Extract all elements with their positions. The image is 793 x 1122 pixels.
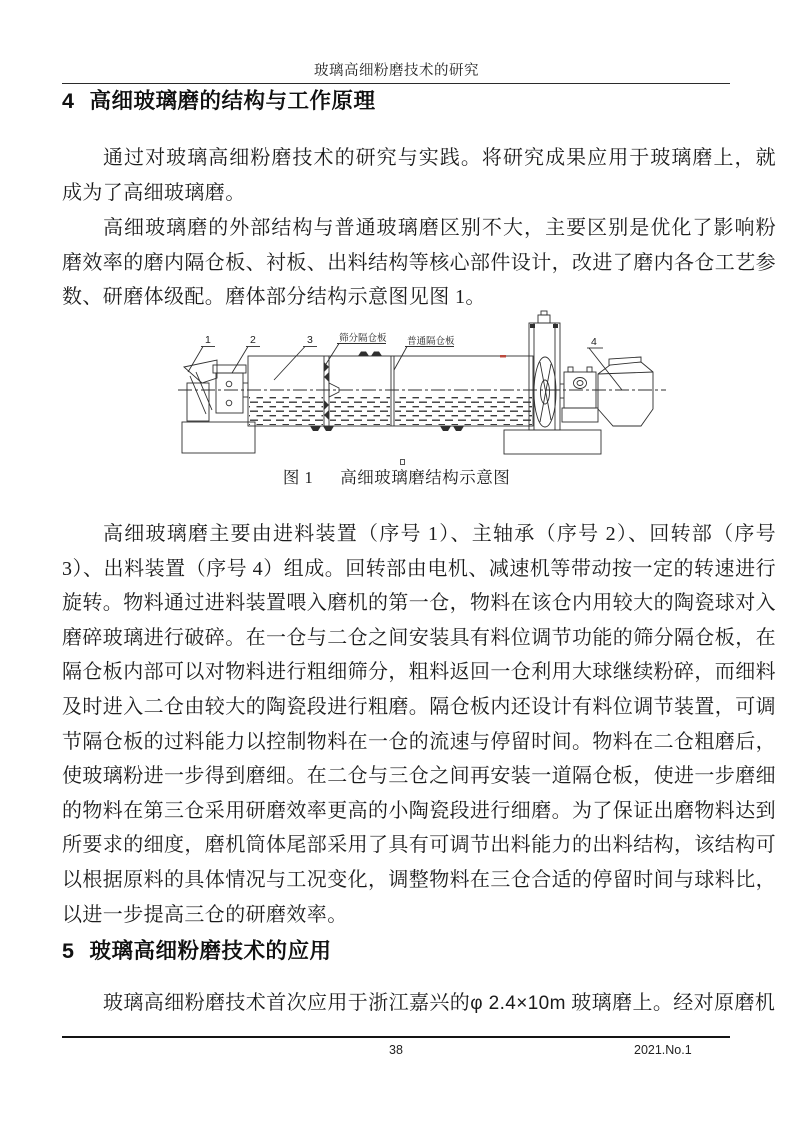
mill-structure-diagram: 1 2 3 4 筛分隔仓板 普通隔仓板 — [172, 310, 672, 460]
document-page: 玻璃高细粉磨技术的研究 4 高细玻璃磨的结构与工作原理 通过对玻璃高细粉磨技术的… — [0, 0, 793, 1122]
outlet-bearing — [560, 367, 598, 422]
section-4-heading: 4 高细玻璃磨的结构与工作原理 — [62, 84, 375, 115]
part-label-4: 4 — [587, 336, 622, 390]
page-number: 38 — [62, 1043, 730, 1057]
figure-caption: 图 1高细玻璃磨结构示意图 — [0, 464, 793, 488]
discharge-end — [529, 311, 560, 430]
section-5-title: 玻璃高细粉磨技术的应用 — [89, 934, 331, 965]
section-4-title: 高细玻璃磨的结构与工作原理 — [89, 84, 375, 115]
footer-rule — [62, 1036, 730, 1038]
svg-text:4: 4 — [591, 336, 597, 348]
ordinary-partition — [391, 356, 394, 426]
paragraph-1: 通过对玻璃高细粉磨技术的研究与实践。将研究成果应用于玻璃磨上，就成为了高细玻璃磨… — [62, 141, 776, 210]
svg-text:3: 3 — [307, 334, 313, 346]
outlet-device — [598, 357, 653, 426]
issue-number: 2021.No.1 — [634, 1043, 692, 1057]
feed-device — [184, 360, 217, 421]
scan-artifact-red — [500, 355, 506, 358]
figure-caption-label: 图 1 — [283, 468, 313, 487]
mill-size-formula: φ 2.4×10m — [470, 993, 566, 1014]
paragraph-3: 高细玻璃磨主要由进料装置（序号 1）、主轴承（序号 2）、回转部（序号 3）、出… — [62, 517, 776, 932]
foundation-right — [504, 430, 601, 454]
figure-caption-text: 高细玻璃磨结构示意图 — [340, 468, 510, 487]
sieve-partition-label: 筛分隔仓板 — [326, 332, 387, 364]
svg-text:筛分隔仓板: 筛分隔仓板 — [339, 332, 387, 344]
svg-text:普通隔仓板: 普通隔仓板 — [407, 335, 455, 347]
paragraph-2: 高细玻璃磨的外部结构与普通玻璃磨区别不大，主要区别是优化了影响粉磨效率的磨内隔仓… — [62, 211, 776, 315]
ordinary-partition-label: 普通隔仓板 — [394, 335, 455, 370]
svg-text:2: 2 — [250, 334, 256, 346]
svg-text:1: 1 — [205, 334, 211, 346]
part-label-3: 3 — [274, 334, 317, 380]
section-5-number: 5 — [62, 939, 74, 964]
running-header-title: 玻璃高细粉磨技术的研究 — [0, 59, 793, 80]
paragraph-5-text-after: 玻璃磨上。经对原磨机 — [566, 992, 775, 1014]
section-5-heading: 5 玻璃高细粉磨技术的应用 — [62, 934, 331, 965]
part-label-1: 1 — [188, 334, 215, 372]
paragraph-5-text-before: 玻璃高细粉磨技术首次应用于浙江嘉兴的 — [103, 992, 470, 1014]
paragraph-5: 玻璃高细粉磨技术首次应用于浙江嘉兴的φ 2.4×10m 玻璃磨上。经对原磨机 — [62, 986, 776, 1022]
foundation-left — [182, 422, 255, 453]
main-bearing — [213, 365, 248, 413]
section-4-number: 4 — [62, 89, 74, 114]
mill-shell — [248, 352, 533, 432]
